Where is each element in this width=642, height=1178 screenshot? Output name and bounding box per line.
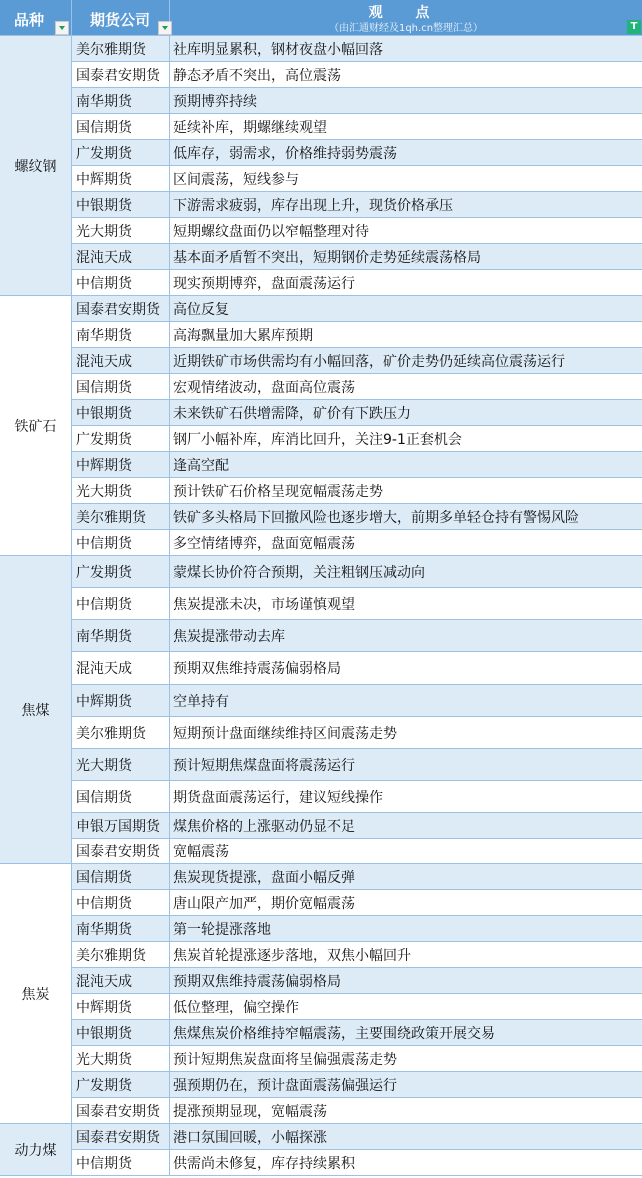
table-row: 国信期货宏观情绪波动，盘面高位震荡 bbox=[72, 374, 642, 400]
table-row: 混沌天成基本面矛盾暂不突出，短期钢价走势延续震荡格局 bbox=[72, 244, 642, 270]
view-cell: 期货盘面震荡运行，建议短线操作 bbox=[170, 781, 642, 812]
company-cell: 中银期货 bbox=[72, 400, 170, 425]
company-cell: 国泰君安期货 bbox=[72, 296, 170, 321]
table-row: 中信期货唐山限产加严，期价宽幅震荡 bbox=[72, 890, 642, 916]
filter-active-icon[interactable]: T bbox=[627, 20, 641, 34]
view-cell: 预期双焦维持震荡偏弱格局 bbox=[170, 968, 642, 993]
company-cell: 中信期货 bbox=[72, 588, 170, 619]
company-cell: 美尔雅期货 bbox=[72, 717, 170, 748]
view-cell: 宽幅震荡 bbox=[170, 839, 642, 863]
company-cell: 国泰君安期货 bbox=[72, 1098, 170, 1123]
company-cell: 中辉期货 bbox=[72, 685, 170, 716]
company-cell: 南华期货 bbox=[72, 620, 170, 651]
table-row: 中信期货多空情绪博弈，盘面宽幅震荡 bbox=[72, 530, 642, 556]
view-cell: 宏观情绪波动，盘面高位震荡 bbox=[170, 374, 642, 399]
company-cell: 美尔雅期货 bbox=[72, 504, 170, 529]
category-cell: 焦炭 bbox=[0, 864, 72, 1124]
view-cell: 提涨预期显现，宽幅震荡 bbox=[170, 1098, 642, 1123]
header-company-label: 期货公司 bbox=[90, 9, 150, 30]
header-row: 品种 期货公司 观 点 （由汇通财经及1qh.cn整理汇总） T bbox=[0, 0, 642, 36]
table-row: 中银期货下游需求疲弱，库存出现上升，现货价格承压 bbox=[72, 192, 642, 218]
view-cell: 低库存，弱需求，价格维持弱势震荡 bbox=[170, 140, 642, 165]
company-cell: 国信期货 bbox=[72, 781, 170, 812]
view-cell: 空单持有 bbox=[170, 685, 642, 716]
table-row: 国信期货期货盘面震荡运行，建议短线操作 bbox=[72, 781, 642, 813]
view-cell: 焦炭首轮提涨逐步落地，双焦小幅回升 bbox=[170, 942, 642, 967]
view-cell: 煤焦价格的上涨驱动仍显不足 bbox=[170, 813, 642, 838]
view-cell: 预计铁矿石价格呈现宽幅震荡走势 bbox=[170, 478, 642, 503]
company-cell: 光大期货 bbox=[72, 1046, 170, 1071]
filter-dropdown-icon[interactable] bbox=[55, 21, 69, 35]
company-cell: 光大期货 bbox=[72, 218, 170, 243]
table-row: 申银万国期货煤焦价格的上涨驱动仍显不足 bbox=[72, 813, 642, 839]
view-cell: 预期博弈持续 bbox=[170, 88, 642, 113]
table-row: 国信期货焦炭现货提涨，盘面小幅反弹 bbox=[72, 864, 642, 890]
table-row: 南华期货预期博弈持续 bbox=[72, 88, 642, 114]
table-row: 南华期货第一轮提涨落地 bbox=[72, 916, 642, 942]
company-cell: 光大期货 bbox=[72, 478, 170, 503]
view-cell: 高海飘量加大累库预期 bbox=[170, 322, 642, 347]
table-row: 美尔雅期货短期预计盘面继续维持区间震荡走势 bbox=[72, 717, 642, 749]
view-cell: 近期铁矿市场供需均有小幅回落，矿价走势仍延续高位震荡运行 bbox=[170, 348, 642, 373]
table-row: 美尔雅期货铁矿多头格局下回撤风险也逐步增大，前期多单轻仓持有警惕风险 bbox=[72, 504, 642, 530]
view-cell: 延续补库，期螺继续观望 bbox=[170, 114, 642, 139]
company-cell: 中辉期货 bbox=[72, 452, 170, 477]
company-cell: 混沌天成 bbox=[72, 652, 170, 684]
view-cell: 预计短期焦煤盘面将震荡运行 bbox=[170, 749, 642, 780]
table-row: 中银期货焦煤焦炭价格维持窄幅震荡，主要围绕政策开展交易 bbox=[72, 1020, 642, 1046]
view-cell: 区间震荡，短线参与 bbox=[170, 166, 642, 191]
table-row: 国泰君安期货港口氛围回暖，小幅探涨 bbox=[72, 1124, 642, 1150]
company-cell: 国泰君安期货 bbox=[72, 839, 170, 863]
table-row: 美尔雅期货社库明显累积，钢材夜盘小幅回落 bbox=[72, 36, 642, 62]
table-row: 中银期货未来铁矿石供增需降，矿价有下跌压力 bbox=[72, 400, 642, 426]
table-row: 中信期货供需尚未修复，库存持续累积 bbox=[72, 1150, 642, 1176]
company-cell: 中信期货 bbox=[72, 890, 170, 915]
view-cell: 高位反复 bbox=[170, 296, 642, 321]
company-cell: 国泰君安期货 bbox=[72, 62, 170, 87]
table-row: 南华期货焦炭提涨带动去库 bbox=[72, 620, 642, 652]
view-cell: 焦煤焦炭价格维持窄幅震荡，主要围绕政策开展交易 bbox=[170, 1020, 642, 1045]
category-cell: 螺纹钢 bbox=[0, 36, 72, 296]
table-row: 混沌天成近期铁矿市场供需均有小幅回落，矿价走势仍延续高位震荡运行 bbox=[72, 348, 642, 374]
company-cell: 广发期货 bbox=[72, 140, 170, 165]
view-cell: 焦炭提涨带动去库 bbox=[170, 620, 642, 651]
company-cell: 国信期货 bbox=[72, 864, 170, 889]
company-cell: 广发期货 bbox=[72, 556, 170, 587]
table-row: 国泰君安期货宽幅震荡 bbox=[72, 839, 642, 864]
company-cell: 国信期货 bbox=[72, 374, 170, 399]
table-row: 国泰君安期货静态矛盾不突出，高位震荡 bbox=[72, 62, 642, 88]
company-cell: 国泰君安期货 bbox=[72, 1124, 170, 1149]
table-row: 中辉期货低位整理，偏空操作 bbox=[72, 994, 642, 1020]
header-category: 品种 bbox=[0, 0, 72, 36]
table-row: 混沌天成预期双焦维持震荡偏弱格局 bbox=[72, 652, 642, 685]
company-cell: 美尔雅期货 bbox=[72, 36, 170, 61]
company-cell: 申银万国期货 bbox=[72, 813, 170, 838]
view-cell: 蒙煤长协价符合预期，关注粗钢压减动向 bbox=[170, 556, 642, 587]
category-cell: 动力煤 bbox=[0, 1124, 72, 1176]
view-cell: 静态矛盾不突出，高位震荡 bbox=[170, 62, 642, 87]
view-cell: 焦炭现货提涨，盘面小幅反弹 bbox=[170, 864, 642, 889]
company-cell: 南华期货 bbox=[72, 322, 170, 347]
view-cell: 第一轮提涨落地 bbox=[170, 916, 642, 941]
table-row: 光大期货预计短期焦炭盘面将呈偏强震荡走势 bbox=[72, 1046, 642, 1072]
company-cell: 中信期货 bbox=[72, 270, 170, 295]
table-row: 光大期货短期螺纹盘面仍以窄幅整理对待 bbox=[72, 218, 642, 244]
view-cell: 基本面矛盾暂不突出，短期钢价走势延续震荡格局 bbox=[170, 244, 642, 269]
company-cell: 广发期货 bbox=[72, 426, 170, 451]
category-cell: 铁矿石 bbox=[0, 296, 72, 556]
table-row: 南华期货高海飘量加大累库预期 bbox=[72, 322, 642, 348]
view-cell: 钢厂小幅补库，库消比回升，关注9-1正套机会 bbox=[170, 426, 642, 451]
table-row: 国信期货延续补库，期螺继续观望 bbox=[72, 114, 642, 140]
view-cell: 供需尚未修复，库存持续累积 bbox=[170, 1150, 642, 1175]
table-row: 广发期货蒙煤长协价符合预期，关注粗钢压减动向 bbox=[72, 556, 642, 588]
company-cell: 国信期货 bbox=[72, 114, 170, 139]
company-cell: 中信期货 bbox=[72, 530, 170, 555]
table-row: 广发期货低库存，弱需求，价格维持弱势震荡 bbox=[72, 140, 642, 166]
view-cell: 下游需求疲弱，库存出现上升，现货价格承压 bbox=[170, 192, 642, 217]
company-cell: 混沌天成 bbox=[72, 348, 170, 373]
view-cell: 社库明显累积，钢材夜盘小幅回落 bbox=[170, 36, 642, 61]
view-cell: 多空情绪博弈，盘面宽幅震荡 bbox=[170, 530, 642, 555]
company-cell: 中银期货 bbox=[72, 192, 170, 217]
table-row: 混沌天成预期双焦维持震荡偏弱格局 bbox=[72, 968, 642, 994]
table-row: 中信期货焦炭提涨未决，市场谨慎观望 bbox=[72, 588, 642, 620]
view-cell: 短期螺纹盘面仍以窄幅整理对待 bbox=[170, 218, 642, 243]
table-row: 国泰君安期货高位反复 bbox=[72, 296, 642, 322]
table-row: 中辉期货空单持有 bbox=[72, 685, 642, 717]
company-cell: 中信期货 bbox=[72, 1150, 170, 1175]
table-row: 中辉期货区间震荡，短线参与 bbox=[72, 166, 642, 192]
company-cell: 中辉期货 bbox=[72, 166, 170, 191]
view-cell: 强预期仍在，预计盘面震荡偏强运行 bbox=[170, 1072, 642, 1097]
header-view: 观 点 （由汇通财经及1qh.cn整理汇总） T bbox=[170, 0, 642, 36]
header-category-label: 品种 bbox=[14, 9, 44, 30]
company-cell: 美尔雅期货 bbox=[72, 942, 170, 967]
table-row: 国泰君安期货提涨预期显现，宽幅震荡 bbox=[72, 1098, 642, 1124]
company-cell: 混沌天成 bbox=[72, 968, 170, 993]
table-row: 中辉期货逢高空配 bbox=[72, 452, 642, 478]
company-cell: 南华期货 bbox=[72, 88, 170, 113]
company-cell: 中银期货 bbox=[72, 1020, 170, 1045]
table-row: 中信期货现实预期博弈，盘面震荡运行 bbox=[72, 270, 642, 296]
category-cell: 焦煤 bbox=[0, 556, 72, 864]
table-row: 广发期货强预期仍在，预计盘面震荡偏强运行 bbox=[72, 1072, 642, 1098]
view-cell: 短期预计盘面继续维持区间震荡走势 bbox=[170, 717, 642, 748]
view-cell: 低位整理，偏空操作 bbox=[170, 994, 642, 1019]
view-cell: 现实预期博弈，盘面震荡运行 bbox=[170, 270, 642, 295]
table-row: 光大期货预计短期焦煤盘面将震荡运行 bbox=[72, 749, 642, 781]
view-cell: 未来铁矿石供增需降，矿价有下跌压力 bbox=[170, 400, 642, 425]
view-cell: 预计短期焦炭盘面将呈偏强震荡走势 bbox=[170, 1046, 642, 1071]
company-cell: 中辉期货 bbox=[72, 994, 170, 1019]
view-cell: 预期双焦维持震荡偏弱格局 bbox=[170, 652, 642, 684]
table-row: 广发期货钢厂小幅补库，库消比回升，关注9-1正套机会 bbox=[72, 426, 642, 452]
table-row: 光大期货预计铁矿石价格呈现宽幅震荡走势 bbox=[72, 478, 642, 504]
view-cell: 逢高空配 bbox=[170, 452, 642, 477]
company-cell: 南华期货 bbox=[72, 916, 170, 941]
view-cell: 唐山限产加严，期价宽幅震荡 bbox=[170, 890, 642, 915]
header-company: 期货公司 bbox=[72, 0, 170, 36]
company-cell: 光大期货 bbox=[72, 749, 170, 780]
company-cell: 广发期货 bbox=[72, 1072, 170, 1097]
company-cell: 混沌天成 bbox=[72, 244, 170, 269]
view-cell: 港口氛围回暖，小幅探涨 bbox=[170, 1124, 642, 1149]
view-cell: 铁矿多头格局下回撤风险也逐步增大，前期多单轻仓持有警惕风险 bbox=[170, 504, 642, 529]
view-cell: 焦炭提涨未决，市场谨慎观望 bbox=[170, 588, 642, 619]
header-view-subtitle: （由汇通财经及1qh.cn整理汇总） bbox=[170, 19, 642, 34]
table-row: 美尔雅期货焦炭首轮提涨逐步落地，双焦小幅回升 bbox=[72, 942, 642, 968]
